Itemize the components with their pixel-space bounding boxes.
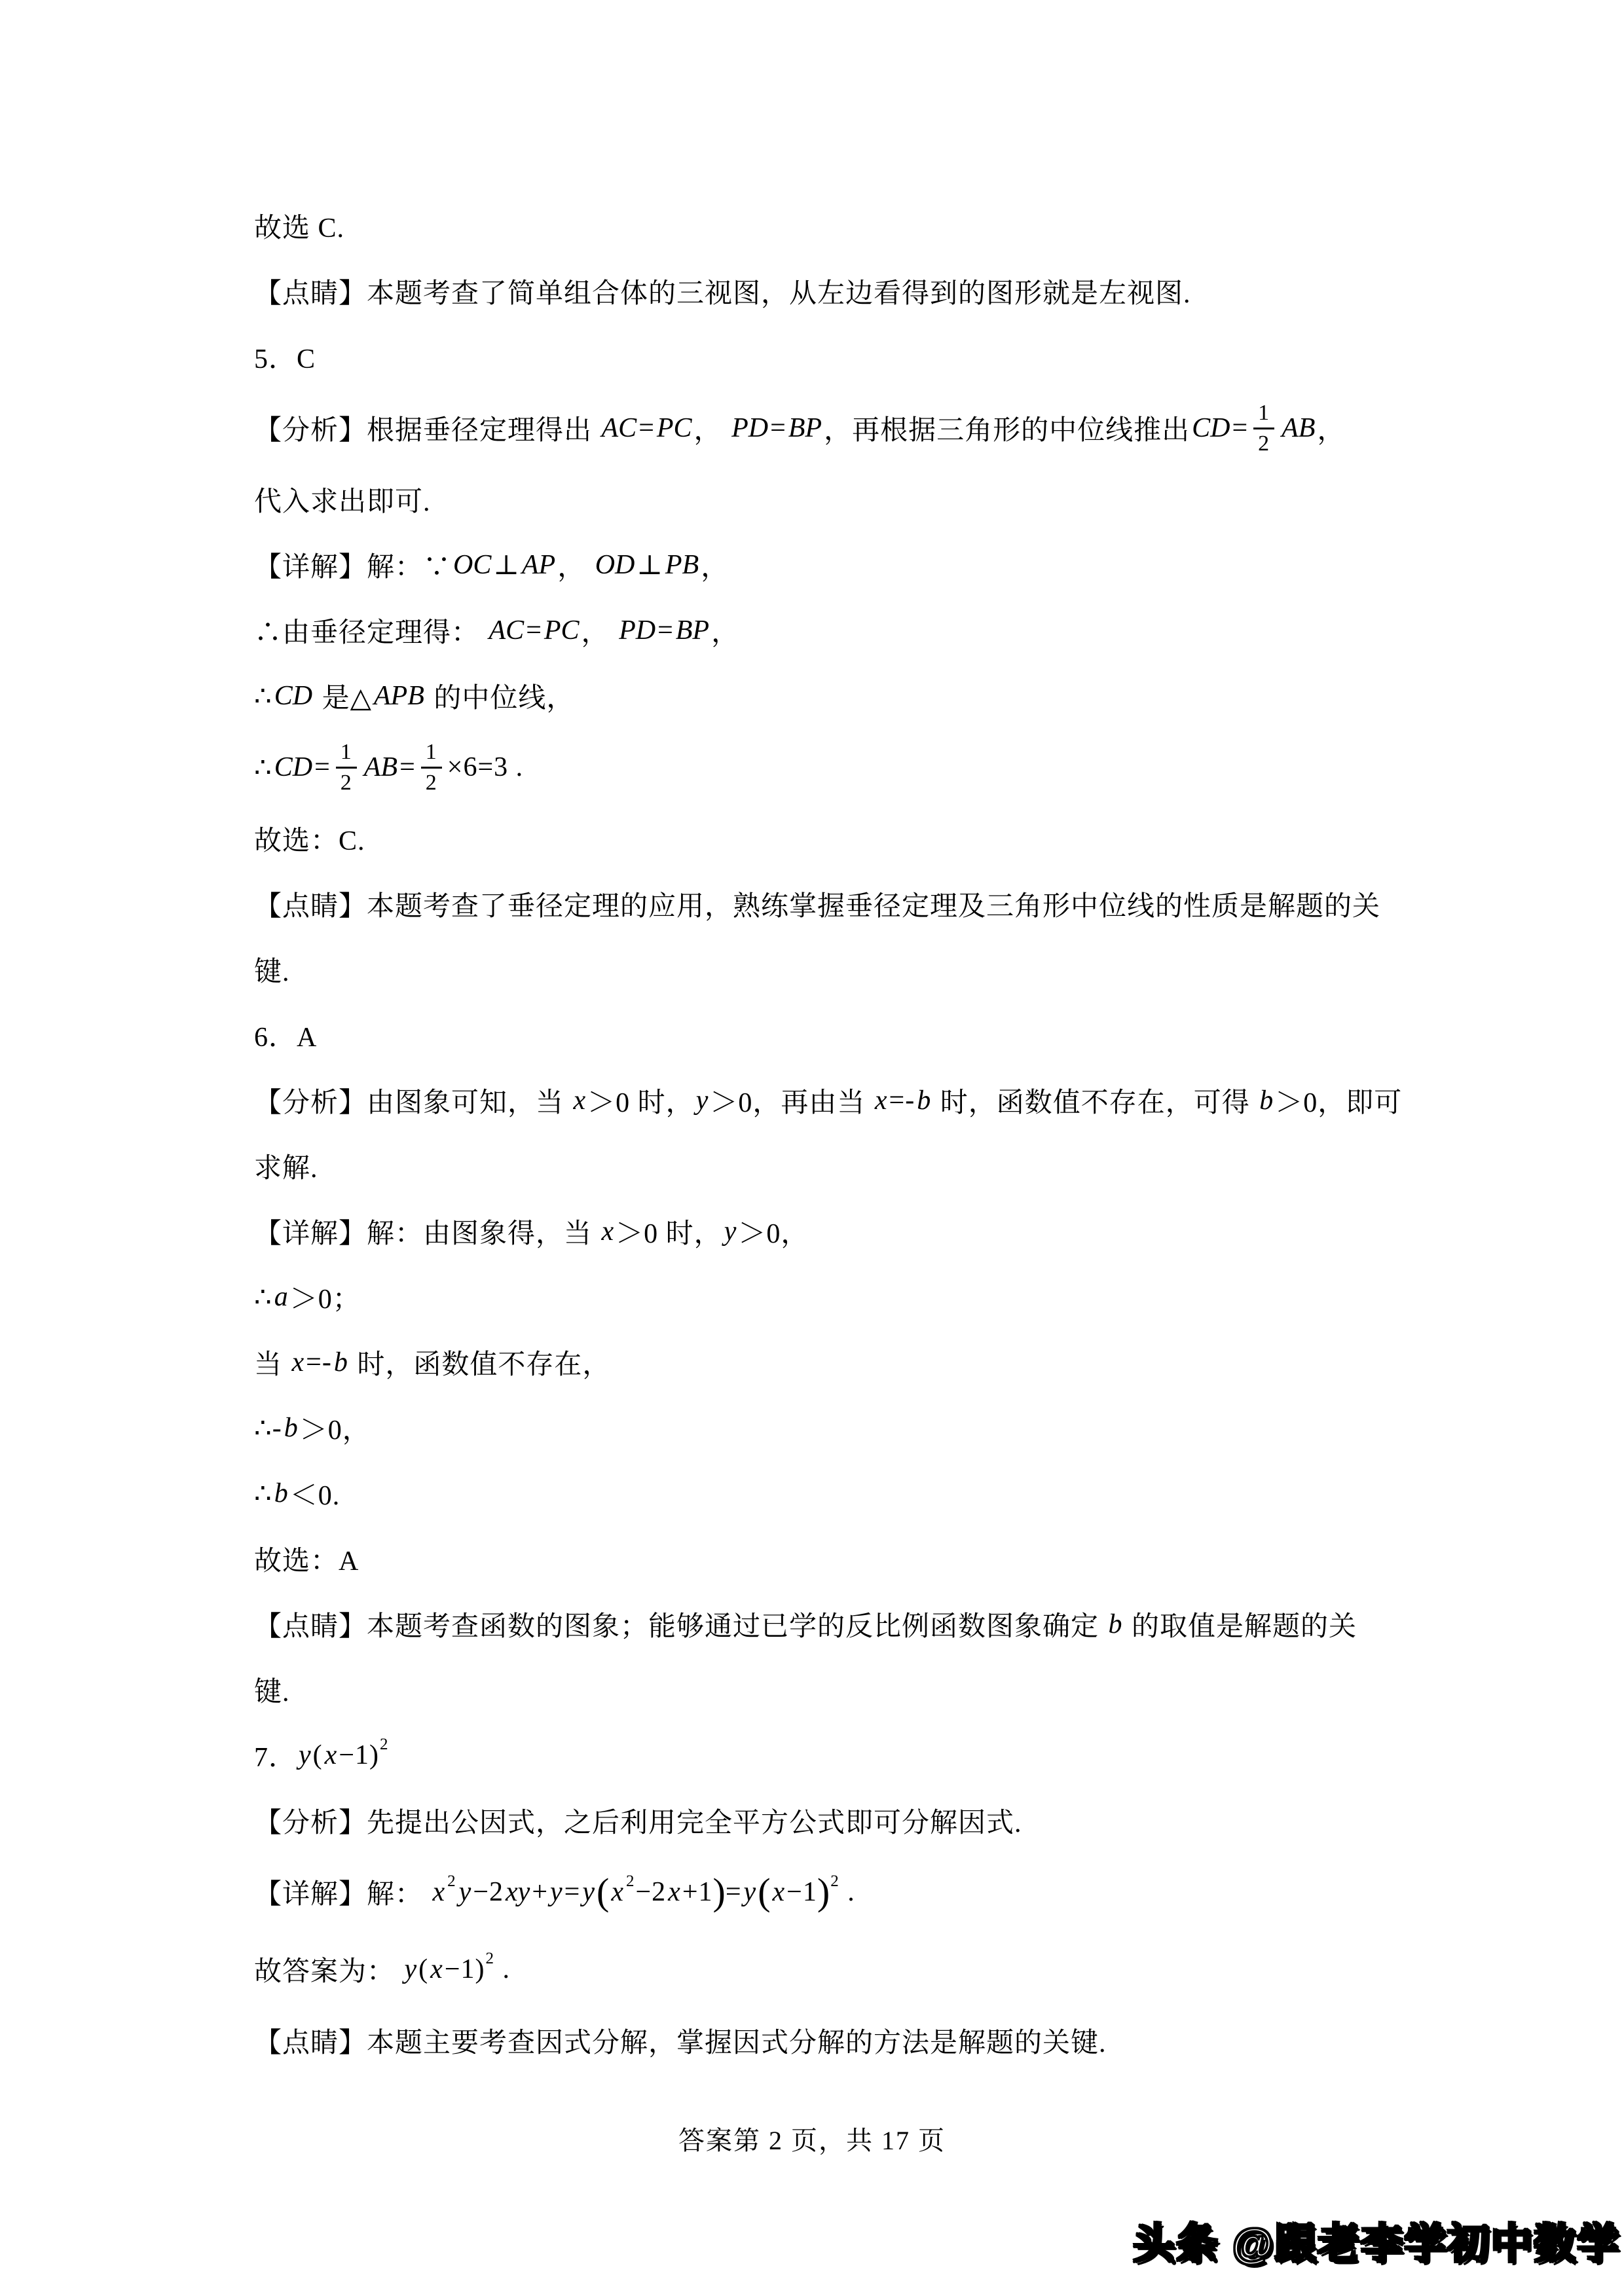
watermark: 头条 @跟老李学初中数学 [1133, 2210, 1620, 2270]
fraction: 12 [336, 740, 357, 794]
math-variable: b [272, 1478, 290, 1509]
doc-line: 【点睛】本题考查函数的图象；能够通过已学的反比例函数图象确定 b 的取值是解题的… [254, 1592, 1384, 1657]
text-run: 6．A [254, 1015, 317, 1055]
doc-line: 【点睛】本题主要考查因式分解，掌握因式分解的方法是解题的关键. [254, 2008, 1384, 2073]
math-variable: CD [272, 680, 314, 712]
text-run: = [399, 752, 416, 783]
doc-line: 故选 C. [254, 193, 1384, 259]
text-run: = [657, 615, 674, 646]
math-variable: x [666, 1876, 682, 1908]
text-run: 【点睛】本题考查函数的图象；能够通过已学的反比例函数图象确定 [254, 1605, 1107, 1644]
doc-line: ∴CD=12AB=12×6=3 . [254, 729, 1384, 806]
text-run: = [770, 412, 786, 444]
text-run: . [840, 1876, 855, 1908]
text-run: ， [557, 545, 593, 585]
text-run: −1) [339, 1740, 379, 1771]
math-variable: b [915, 1085, 932, 1116]
math-variable: AB [362, 752, 399, 783]
text-run: = [564, 1876, 581, 1908]
text-run: ＞0； [290, 1277, 361, 1317]
text-run: ＞0 时， [587, 1081, 694, 1120]
math-variable: x [290, 1347, 306, 1378]
text-run: ∴ [254, 751, 272, 784]
doc-line: 【点睛】本题考查了垂径定理的应用，熟练掌握垂径定理及三角形中位线的性质是解题的关 [254, 871, 1384, 937]
doc-line: 【详解】解：由图象得，当 x＞0 时，y＞0， [254, 1199, 1384, 1264]
doc-line: 7．y(x−1)2 [254, 1722, 1384, 1788]
math-variable: OC [451, 549, 493, 581]
fraction: 12 [1253, 401, 1274, 455]
math-variable: x [609, 1876, 625, 1908]
text-run: =- [889, 1085, 915, 1116]
math-variable: OD [593, 549, 637, 581]
math-variable: x [600, 1216, 616, 1247]
text-run: 5．C [254, 337, 316, 376]
math-variable: AP [520, 549, 557, 581]
text-run: ( [313, 1740, 323, 1771]
math-variable: AB [1280, 412, 1317, 444]
text-run: 【分析】根据垂径定理得出 [254, 409, 600, 448]
doc-line: 【详解】解： x2y−2xy+y=y(x2−2x+1)=y(x−1)2 . [254, 1853, 1384, 1931]
fraction-numerator: 1 [421, 740, 442, 769]
math-variable: CD [1190, 412, 1232, 444]
text-run: ×6=3 . [447, 752, 523, 783]
doc-line: 【分析】由图象可知，当 x＞0 时，y＞0，再由当 x=-b 时，函数值不存在，… [254, 1068, 1384, 1133]
text-run: 键. [254, 950, 290, 989]
text-run: = [638, 412, 655, 444]
text-run: 【分析】由图象可知，当 [254, 1081, 572, 1120]
text-run: 的中位线， [426, 676, 575, 716]
doc-line: 键. [254, 937, 1384, 1002]
doc-line: 6．A [254, 1002, 1384, 1068]
math-variable: BP [786, 412, 824, 444]
text-run: ＞0 时， [616, 1212, 722, 1251]
text-run: 【详解】解： [254, 1872, 431, 1912]
doc-line: 故选：A [254, 1526, 1384, 1592]
math-variable: y [742, 1876, 758, 1908]
math-variable: PD [729, 412, 770, 444]
math-variable: a [272, 1281, 290, 1313]
math-variable: b [1107, 1609, 1124, 1640]
document-body: 故选 C.【点睛】本题考查了简单组合体的三视图，从左边看得到的图形就是左视图.5… [254, 193, 1384, 2073]
math-variable: y [548, 1876, 564, 1908]
text-run: =- [306, 1347, 332, 1378]
doc-line: ∴CD 是△APB 的中位线， [254, 663, 1384, 729]
text-run: 【点睛】本题考查了简单组合体的三视图，从左边看得到的图形就是左视图. [254, 272, 1191, 311]
math-variable: b [282, 1412, 300, 1444]
text-run: ＜0. [290, 1474, 341, 1513]
text-run: 求解. [254, 1146, 318, 1186]
doc-line: 当 x=-b 时，函数值不存在， [254, 1330, 1384, 1395]
text-run: 7． [254, 1736, 297, 1775]
text-run: 【分析】先提出公因式，之后利用完全平方公式即可分解因式. [254, 1801, 1022, 1840]
doc-line: ∴由垂径定理得： AC=PC， PD=BP， [254, 598, 1384, 663]
text-run: 的取值是解题的关 [1124, 1605, 1357, 1644]
text-run: ，再根据三角形的中位线推出 [824, 409, 1190, 448]
text-run: ， [1317, 409, 1345, 448]
text-run: 故选：A [254, 1539, 359, 1578]
page-footer: 答案第 2 页，共 17 页 [0, 2120, 1624, 2157]
text-run: 时，函数值不存在，可得 [932, 1081, 1257, 1120]
fraction: 12 [421, 740, 442, 794]
text-run: ( [418, 1954, 428, 1985]
text-run: ∴ [254, 680, 272, 712]
math-variable: y [580, 1876, 597, 1908]
text-run: 键. [254, 1670, 290, 1709]
text-run: ⊥ [493, 549, 520, 581]
text-run: ＞0，再由当 [710, 1081, 873, 1120]
math-variable: PC [655, 412, 694, 444]
math-variable: x [873, 1085, 889, 1116]
math-variable: y [722, 1216, 739, 1247]
math-variable: PC [542, 615, 581, 646]
doc-line: 【分析】先提出公因式，之后利用完全平方公式即可分解因式. [254, 1788, 1384, 1853]
text-run: 故选：C. [254, 819, 365, 858]
doc-line: 故答案为： y(x−1)2 . [254, 1931, 1384, 2008]
text-run: ， [711, 611, 739, 650]
text-run: 时，函数值不存在， [350, 1343, 611, 1382]
math-variable: CD [272, 752, 314, 783]
math-variable: x [572, 1085, 588, 1116]
math-variable: PB [663, 549, 701, 581]
text-run: −2 [473, 1876, 504, 1908]
doc-line: 代入求出即可. [254, 467, 1384, 532]
doc-line: 故选：C. [254, 806, 1384, 871]
big-paren: ( [597, 1873, 609, 1911]
doc-line: 【详解】解：∵OC⊥AP， OD⊥PB， [254, 532, 1384, 598]
text-run: = [314, 752, 331, 783]
math-variable: APB [372, 680, 426, 712]
doc-line: ∴a＞0； [254, 1264, 1384, 1330]
doc-line: 【点睛】本题考查了简单组合体的三视图，从左边看得到的图形就是左视图. [254, 259, 1384, 324]
text-run: ∴由垂径定理得： [254, 611, 487, 650]
text-run: 故答案为： [254, 1950, 403, 1989]
text-run: ⊥ [637, 549, 663, 581]
math-variable: PD [617, 615, 657, 646]
math-variable: x [431, 1876, 447, 1908]
math-variable: b [1257, 1085, 1275, 1116]
text-run: = [726, 1876, 742, 1908]
math-variable: BP [674, 615, 711, 646]
page: 故选 C.【点睛】本题考查了简单组合体的三视图，从左边看得到的图形就是左视图.5… [0, 0, 1624, 2296]
math-variable: y [457, 1876, 473, 1908]
text-run: ， [694, 409, 730, 448]
text-run: 【详解】解：由图象得，当 [254, 1212, 600, 1251]
doc-line: 求解. [254, 1133, 1384, 1199]
text-run: ＞0， [300, 1408, 371, 1448]
big-paren: ) [817, 1873, 830, 1911]
text-run: −1 [786, 1876, 817, 1908]
fraction-denominator: 2 [341, 769, 352, 795]
text-run: ， [701, 545, 729, 585]
text-run: 【详解】解：∵ [254, 545, 451, 585]
doc-line: 键. [254, 1657, 1384, 1722]
text-run: 代入求出即可. [254, 480, 431, 519]
text-run: 【点睛】本题考查了垂径定理的应用，熟练掌握垂径定理及三角形中位线的性质是解题的关 [254, 884, 1380, 924]
text-run: +1 [682, 1876, 713, 1908]
math-variable: y [694, 1085, 710, 1116]
text-run: = [1232, 412, 1248, 444]
text-run: + [532, 1876, 548, 1908]
text-run: ∴- [254, 1412, 282, 1444]
text-run: 是△ [314, 676, 372, 716]
text-run: ＞0，即可 [1275, 1081, 1402, 1120]
math-variable: AC [600, 412, 639, 444]
text-run: ， [581, 611, 618, 650]
math-variable: x [428, 1954, 445, 1985]
doc-line: 【分析】根据垂径定理得出 AC=PC， PD=BP，再根据三角形的中位线推出CD… [254, 390, 1384, 467]
fraction-denominator: 2 [426, 769, 437, 795]
text-run: ∴ [254, 1281, 272, 1313]
text-run: 故选 C. [254, 206, 344, 246]
fraction-numerator: 1 [336, 740, 357, 769]
doc-line: 5．C [254, 324, 1384, 390]
doc-line: ∴-b＞0， [254, 1395, 1384, 1461]
math-variable: y [403, 1954, 419, 1985]
fraction-numerator: 1 [1253, 401, 1274, 429]
math-variable: AC [487, 615, 526, 646]
big-paren: ) [713, 1873, 726, 1911]
doc-line: ∴b＜0. [254, 1461, 1384, 1526]
text-run: ∴ [254, 1477, 272, 1510]
fraction-denominator: 2 [1258, 429, 1270, 456]
math-variable: b [332, 1347, 350, 1378]
text-run: ＞0， [738, 1212, 809, 1251]
text-run: . [495, 1954, 510, 1985]
big-paren: ( [758, 1873, 770, 1911]
math-variable: x [771, 1876, 787, 1908]
text-run: −2 [635, 1876, 666, 1908]
math-variable: xy [504, 1876, 532, 1908]
text-run: 【点睛】本题主要考查因式分解，掌握因式分解的方法是解题的关键. [254, 2021, 1107, 2060]
text-run: −1) [445, 1954, 485, 1985]
math-variable: x [323, 1740, 339, 1771]
text-run: = [526, 615, 542, 646]
text-run: 当 [254, 1343, 290, 1382]
math-variable: y [297, 1740, 313, 1771]
